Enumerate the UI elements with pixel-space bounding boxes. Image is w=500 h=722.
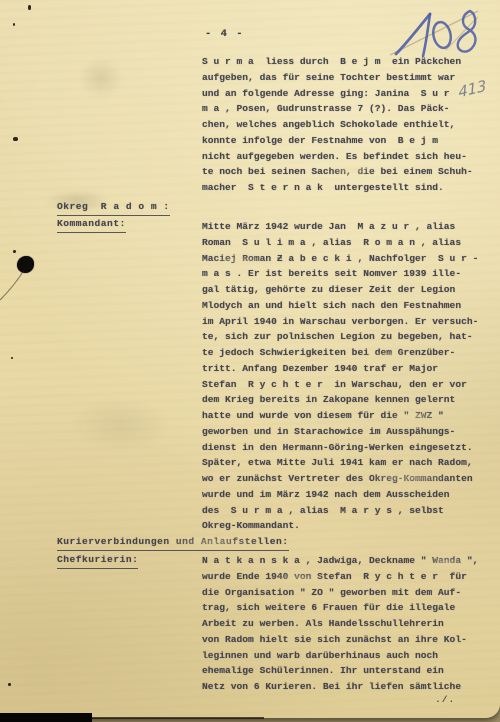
continuation-mark: ./. bbox=[435, 694, 455, 705]
typewritten-paragraph-surma: S u r m a liess durch B e j m ein Päckch… bbox=[202, 54, 494, 196]
scan-edge-shadow-line bbox=[92, 717, 264, 719]
label-kommandant: Kommandant: bbox=[57, 218, 126, 233]
ink-speck bbox=[11, 357, 13, 359]
ink-speck bbox=[28, 5, 31, 10]
typewritten-paragraph-chefkurierin: N a t k a n s k a , Jadwiga, Deckname " … bbox=[202, 553, 500, 695]
section-heading-okreg-radom: Okreg R a d o m : bbox=[57, 201, 170, 216]
ink-speck bbox=[13, 23, 15, 26]
section-heading-kurierverbindungen: Kurierverbindungen und Anlaufstellen: bbox=[57, 536, 289, 551]
ink-speck bbox=[8, 683, 11, 686]
typewritten-paragraph-kommandant: Mitte März 1942 wurde Jan M a z u r , al… bbox=[202, 219, 494, 534]
handwritten-page-number-108 bbox=[388, 8, 484, 64]
ink-blob bbox=[17, 256, 34, 273]
scan-edge-black-strip bbox=[0, 713, 92, 722]
ink-speck bbox=[13, 137, 18, 141]
label-chefkurierin: Chefkurierin: bbox=[57, 554, 138, 569]
page-number: - 4 - bbox=[205, 28, 244, 40]
scanned-document: - 4 - S u r m a liess durch B e j m ein … bbox=[0, 0, 500, 722]
